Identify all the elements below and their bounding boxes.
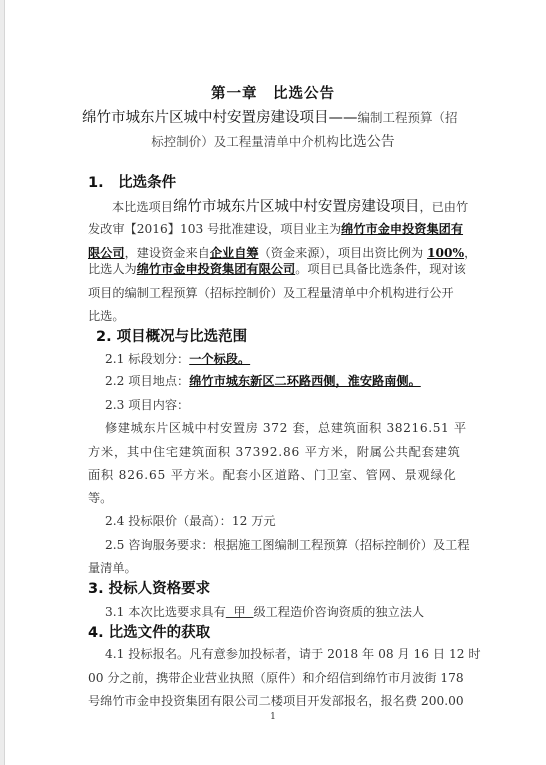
label: 2.1 标段划分： [105,352,189,366]
paragraph-line: 方米，其中住宅建筑面积 37392.86 平方米，附属公共配套建筑 [88,443,461,460]
section-heading-2: 2. 项目概况与比选范围 [96,325,247,346]
item-2-5: 2.5 咨询服务要求：根据施工图编制工程预算（招标控制价）及工程 [105,536,470,553]
paragraph-line: 修建城东片区城中村安置房 372 套，总建筑面积 38216.51 平 [105,419,467,436]
announcement-subtitle-line2: 标控制价）及工程量清单中介机构比选公告 [0,131,546,151]
selector-name: 绵竹市金申投资集团有限公司 [137,262,295,276]
chapter-title: 第一章 比选公告 [0,82,546,103]
text: 。项目已具备比选条件，现对该 [295,262,466,276]
text: ，建设资金来自 [125,246,210,260]
funding-source: 企业自筹 [210,246,259,260]
owner-name: 绵竹市金申投资集团有 [341,222,463,236]
label: 2.2 项目地点： [105,374,189,388]
paragraph-line: 等。 [88,489,112,506]
document-page: 第一章 比选公告 绵竹市城东片区城中村安置房建设项目——编制工程预算（招 标控制… [0,0,546,765]
page-number: 1 [0,712,546,722]
item-4-1: 4.1 投标报名。凡有意参加投标者，请于 2018 年 08 月 16 日 12… [105,645,481,662]
item-2-3: 2.3 项目内容： [105,396,189,413]
paragraph-line: 发改审【2016】103 号批准建设，项目业主为绵竹市金申投资集团有 [88,220,463,237]
text: 发改审【2016】103 号批准建设，项目业主为 [88,222,341,236]
paragraph-line: 比选人为绵竹市金申投资集团有限公司。项目已具备比选条件，现对该 [88,260,466,277]
paragraph-line: 限公司，建设资金来自企业自筹（资金来源），项目出资比例为 100%， [88,244,476,261]
owner-name: 限公司 [88,246,125,260]
text: 级工程造价咨询资质的独立法人 [253,605,424,619]
paragraph-line: 比选。 [88,307,125,324]
item-2-4: 2.4 投标限价（最高）：12 万元 [105,512,276,529]
text: （资金来源），项目出资比例为 [259,246,427,260]
qualification-grade: 甲 [226,605,254,619]
section-heading-3: 3. 投标人资格要求 [88,577,210,598]
subtitle-text: 标控制价）及工程量清单中介机构 [151,134,339,149]
item-2-1: 2.1 标段划分：一个标段。 [105,350,250,367]
text: ， [464,246,476,260]
text: 本比选项目 [112,200,173,214]
paragraph-line: 本比选项目绵竹市城东片区城中村安置房建设项目，已由竹 [112,195,468,216]
value: 一个标段。 [189,352,250,366]
paragraph-line: 00 分之前，携带企业营业执照（原件）和介绍信到绵竹市月波街 178 [88,669,464,686]
paragraph-line: 号绵竹市金申投资集团有限公司二楼项目开发部报名，报名费 200.00 [88,692,464,709]
subtitle-text: 编制工程预算（招 [358,110,458,125]
section-heading-1: 1. 比选条件 [88,171,176,192]
text: ，已由竹 [419,200,468,214]
section-heading-4: 4. 比选文件的获取 [88,621,210,642]
project-name: 绵竹市城东片区城中村安置房建设项目—— [82,110,358,126]
item-3-1: 3.1 本次比选要求具有 甲 级工程造价咨询资质的独立法人 [105,603,424,620]
text: 比选人为 [88,262,137,276]
project-name: 绵竹市城东片区城中村安置房建设项目 [173,199,420,215]
paragraph-line: 量清单。 [88,559,137,576]
announcement-subtitle-line1: 绵竹市城东片区城中村安置房建设项目——编制工程预算（招 [82,106,458,127]
funding-ratio: 100% [427,246,464,260]
subtitle-text: 比选公告 [339,134,395,150]
text: 3.1 本次比选要求具有 [105,605,226,619]
item-2-2: 2.2 项目地点：绵竹市城东新区二环路西侧，淮安路南侧。 [105,372,421,389]
paragraph-line: 项目的编制工程预算（招标控制价）及工程量清单中介机构进行公开 [88,284,454,301]
paragraph-line: 面积 826.65 平方米。配套小区道路、门卫室、管网、景观绿化 [88,466,457,483]
value: 绵竹市城东新区二环路西侧，淮安路南侧。 [189,374,421,388]
